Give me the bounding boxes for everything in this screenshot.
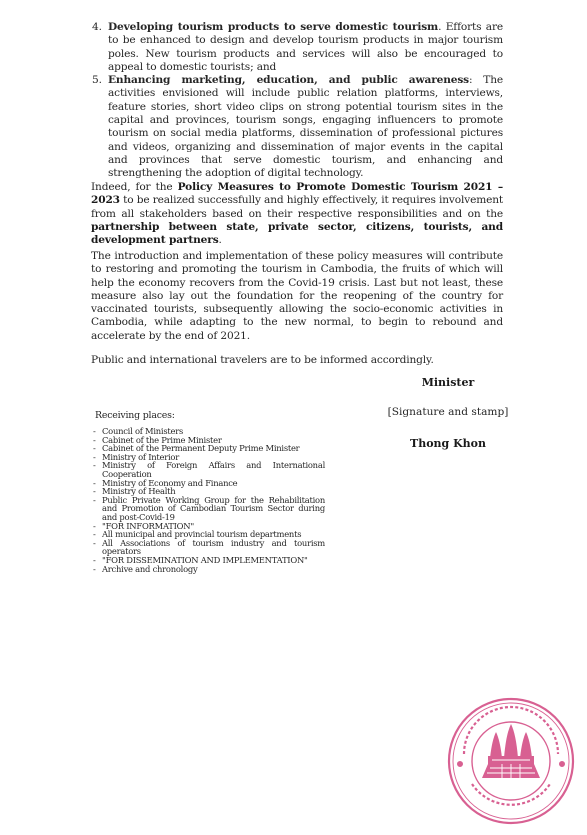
bullet-dash: - <box>93 565 96 574</box>
bullet-dash: - <box>93 496 96 505</box>
receiving-places-label: Receiving places: <box>95 410 175 421</box>
receiving-places-list: -Council of Ministers-Cabinet of the Pri… <box>92 427 325 573</box>
policy-measures-list: 4. Developing tourism products to serve … <box>91 21 503 181</box>
item-heading: Enhancing marketing, education, and publ… <box>108 74 469 86</box>
text-span: Indeed, for the <box>91 181 178 193</box>
signatory-title: Minister <box>378 376 518 389</box>
partnership-paragraph: Indeed, for the Policy Measures to Promo… <box>91 181 503 247</box>
public-notice-paragraph: Public and international travelers are t… <box>91 354 503 367</box>
receiving-place-text: Public Private Working Group for the Reh… <box>102 495 325 522</box>
receiving-place-item: -All Associations of tourism industry an… <box>92 539 325 556</box>
signature-note: [Signature and stamp] <box>378 406 518 418</box>
receiving-place-item: -Public Private Working Group for the Re… <box>92 496 325 522</box>
receiving-place-item: -Archive and chronology <box>92 565 325 574</box>
item-number: 4. <box>92 21 102 34</box>
introduction-paragraph: The introduction and implementation of t… <box>91 250 503 343</box>
receiving-place-text: Archive and chronology <box>102 564 197 574</box>
item-number: 5. <box>92 74 102 87</box>
text-span: to be realized successfully and highly e… <box>91 194 503 219</box>
list-item: 4. Developing tourism products to serve … <box>91 21 503 74</box>
list-item: 5. Enhancing marketing, education, and p… <box>91 74 503 180</box>
text-span: . <box>219 234 222 246</box>
receiving-place-text: All Associations of tourism industry and… <box>102 538 325 557</box>
item-heading: Developing tourism products to serve dom… <box>108 21 438 33</box>
partnership-emphasis: partnership between state, private secto… <box>91 221 503 246</box>
bullet-dash: - <box>93 461 96 470</box>
document-page: 4. Developing tourism products to serve … <box>0 0 587 835</box>
item-text: : The activities envisioned will include… <box>108 74 503 179</box>
official-seal-angkor-icon <box>446 696 576 826</box>
receiving-place-text: Ministry of Foreign Affairs and Internat… <box>102 460 325 479</box>
signatory-name: Thong Khon <box>378 437 518 450</box>
bullet-dash: - <box>93 539 96 548</box>
receiving-place-item: -Ministry of Foreign Affairs and Interna… <box>92 461 325 478</box>
